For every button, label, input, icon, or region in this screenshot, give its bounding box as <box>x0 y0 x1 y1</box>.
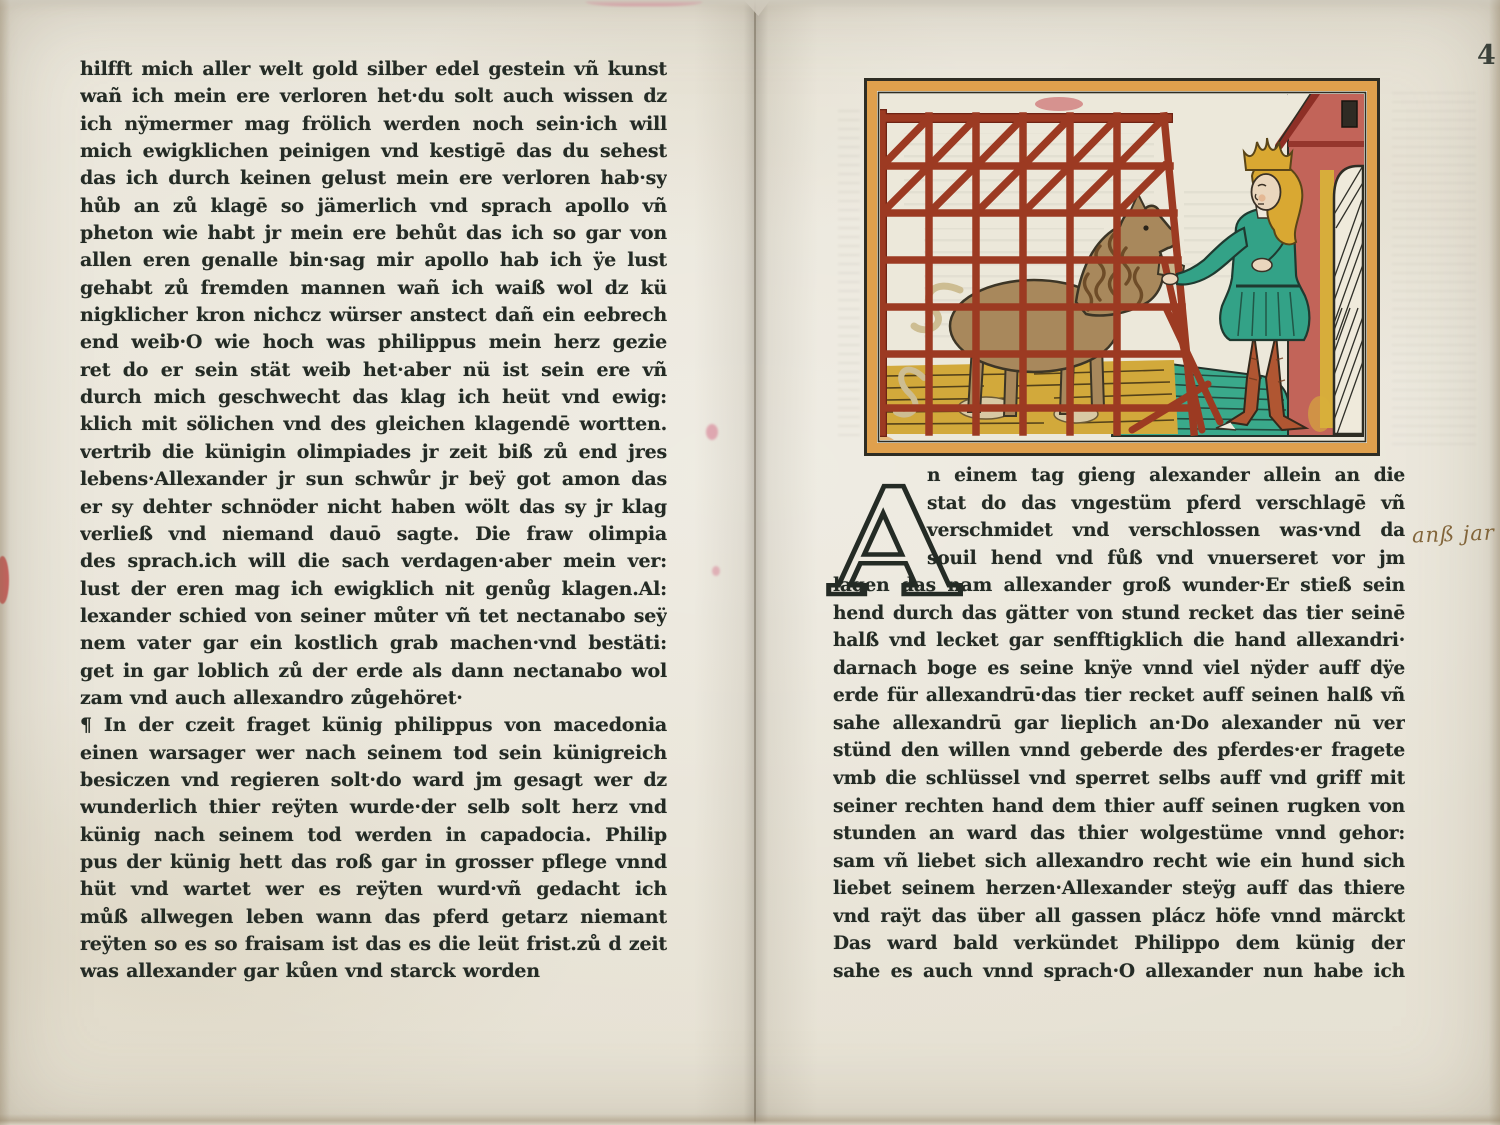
text-line: vmb die schlüssel vnd sperret selbs auff… <box>833 765 1405 793</box>
text-line: stunden an ward das thier wolgestüme vnn… <box>833 820 1405 848</box>
text-line: lust der eren mag ich ewigklich nit genů… <box>80 576 667 603</box>
text-line: nigklicher kron nichcz würser anstect da… <box>80 302 667 329</box>
building-window <box>1342 101 1357 127</box>
verso-bleedthrough-left <box>838 110 860 440</box>
text-line: allen eren genalle bin·sag mir apollo ha… <box>80 247 667 274</box>
text-line: sahe allexandrū gar lieplich an·Do alexa… <box>833 710 1405 738</box>
text-line: můß allwegen leben wann das pferd getarz… <box>80 904 667 931</box>
text-line: get in gar loblich zů der erde als dann … <box>80 658 667 685</box>
margin-annotation-handwritten: anß jar <box>1412 521 1496 548</box>
text-line: ich nÿmermer mag frölich werden noch sei… <box>80 111 667 138</box>
text-line: reÿten so es so fraisam ist das es die l… <box>80 931 667 958</box>
pink-stain-gutter-2 <box>712 566 720 576</box>
text-line: seiner rechten hand dem thier auff seine… <box>833 793 1405 821</box>
page-edge-bottom <box>0 1114 1500 1125</box>
text-line: darnach boge es seine knÿe vnnd viel nÿd… <box>833 655 1405 683</box>
text-line: besiczen vnd regieren solt·do ward jm ge… <box>80 767 667 794</box>
book-gutter-shadow <box>694 0 818 1125</box>
text-line: gehabt zů fremden mannen wañ ich waiß wo… <box>80 275 667 302</box>
text-line: end weib·O wie hoch was philippus mein h… <box>80 329 667 356</box>
text-line: erde für allexandrū·das tier recket auff… <box>833 682 1405 710</box>
book-gutter-line <box>754 0 756 1125</box>
page-edge-right <box>1489 0 1500 1125</box>
pink-stain-gutter-1 <box>706 424 718 440</box>
text-line: durch mich geschwecht das klag ich heüt … <box>80 384 667 411</box>
verso-bleedthrough-right <box>1392 92 1476 452</box>
page-edge-left <box>0 0 10 1125</box>
text-line: pheton wie habt jr mein ere behůt das ic… <box>80 220 667 247</box>
text-line: zam vnd auch allexandro zůgehöret· <box>80 685 667 712</box>
text-line: wunderlich thier reÿten wurde·der selb s… <box>80 794 667 821</box>
text-line: verließ vnd niemand dauō sagte. Die fraw… <box>80 521 667 548</box>
text-line: halß vnd lecket gar senfftigklich die ha… <box>833 627 1405 655</box>
text-line: wañ ich mein ere verloren het·du solt au… <box>80 83 667 110</box>
drop-cap-initial: A <box>830 468 959 616</box>
text-line: Das ward bald verkündet Philippo dem kün… <box>833 930 1405 958</box>
text-line: pus der künig hett das roß gar in grosse… <box>80 849 667 876</box>
text-line: vertrib die künigin olimpiades jr zeit b… <box>80 439 667 466</box>
text-line: nem vater gar ein kostlich grab machen·v… <box>80 630 667 657</box>
text-line: liebet seinem herzen·Allexander steÿg au… <box>833 875 1405 903</box>
text-line: vnd raÿt das über all gassen plácz höfe … <box>833 903 1405 931</box>
woodcut-illustration <box>864 78 1380 456</box>
text-line: sam vñ liebet sich allexandro recht wie … <box>833 848 1405 876</box>
text-line: klich mit sölichen vnd des gleichen klag… <box>80 411 667 438</box>
woodcut-svg <box>864 78 1380 456</box>
left-text-block: hilfft mich aller welt gold silber edel … <box>80 56 667 986</box>
text-line: lexander schied von seiner můter vñ tet … <box>80 603 667 630</box>
text-line: künig nach seinem tod werden in capadoci… <box>80 822 667 849</box>
alexander-face <box>1252 174 1281 210</box>
text-line: einen warsager wer nach seinem tod sein … <box>80 740 667 767</box>
text-line: er sy dehter schnöder nicht haben wölt d… <box>80 494 667 521</box>
text-line: des sprach.ich will die sach verdagen·ab… <box>80 548 667 575</box>
text-line: hüt vnd wartet wer es reÿten wurd·vñ ged… <box>80 876 667 903</box>
book-spread-photo: hilfft mich aller welt gold silber edel … <box>0 0 1500 1125</box>
alexander-hand <box>1162 274 1178 285</box>
text-line: stünd den willen vnnd geberde des pferde… <box>833 737 1405 765</box>
page-edge-top <box>0 0 1500 8</box>
text-line: sahe es auch vnnd sprach·O allexander nu… <box>833 958 1405 986</box>
text-line: das ich durch keinen gelust mein ere ver… <box>80 165 667 192</box>
text-line: ret do er sein stät weib het·aber nü ist… <box>80 357 667 384</box>
text-line: hilfft mich aller welt gold silber edel … <box>80 56 667 83</box>
folio-number: 4 <box>1477 40 1496 71</box>
text-line: mich ewigklichen peinigen vnd kestigē da… <box>80 138 667 165</box>
text-line: ¶ In der czeit fraget künig philippus vo… <box>80 712 667 739</box>
text-line: lebens·Allexander jr sun schwůr jr beÿ g… <box>80 466 667 493</box>
text-line: was allexander gar kůen vnd starck worde… <box>80 958 667 985</box>
text-line: hůb an zů klagē so jämerlich vnd sprach … <box>80 193 667 220</box>
